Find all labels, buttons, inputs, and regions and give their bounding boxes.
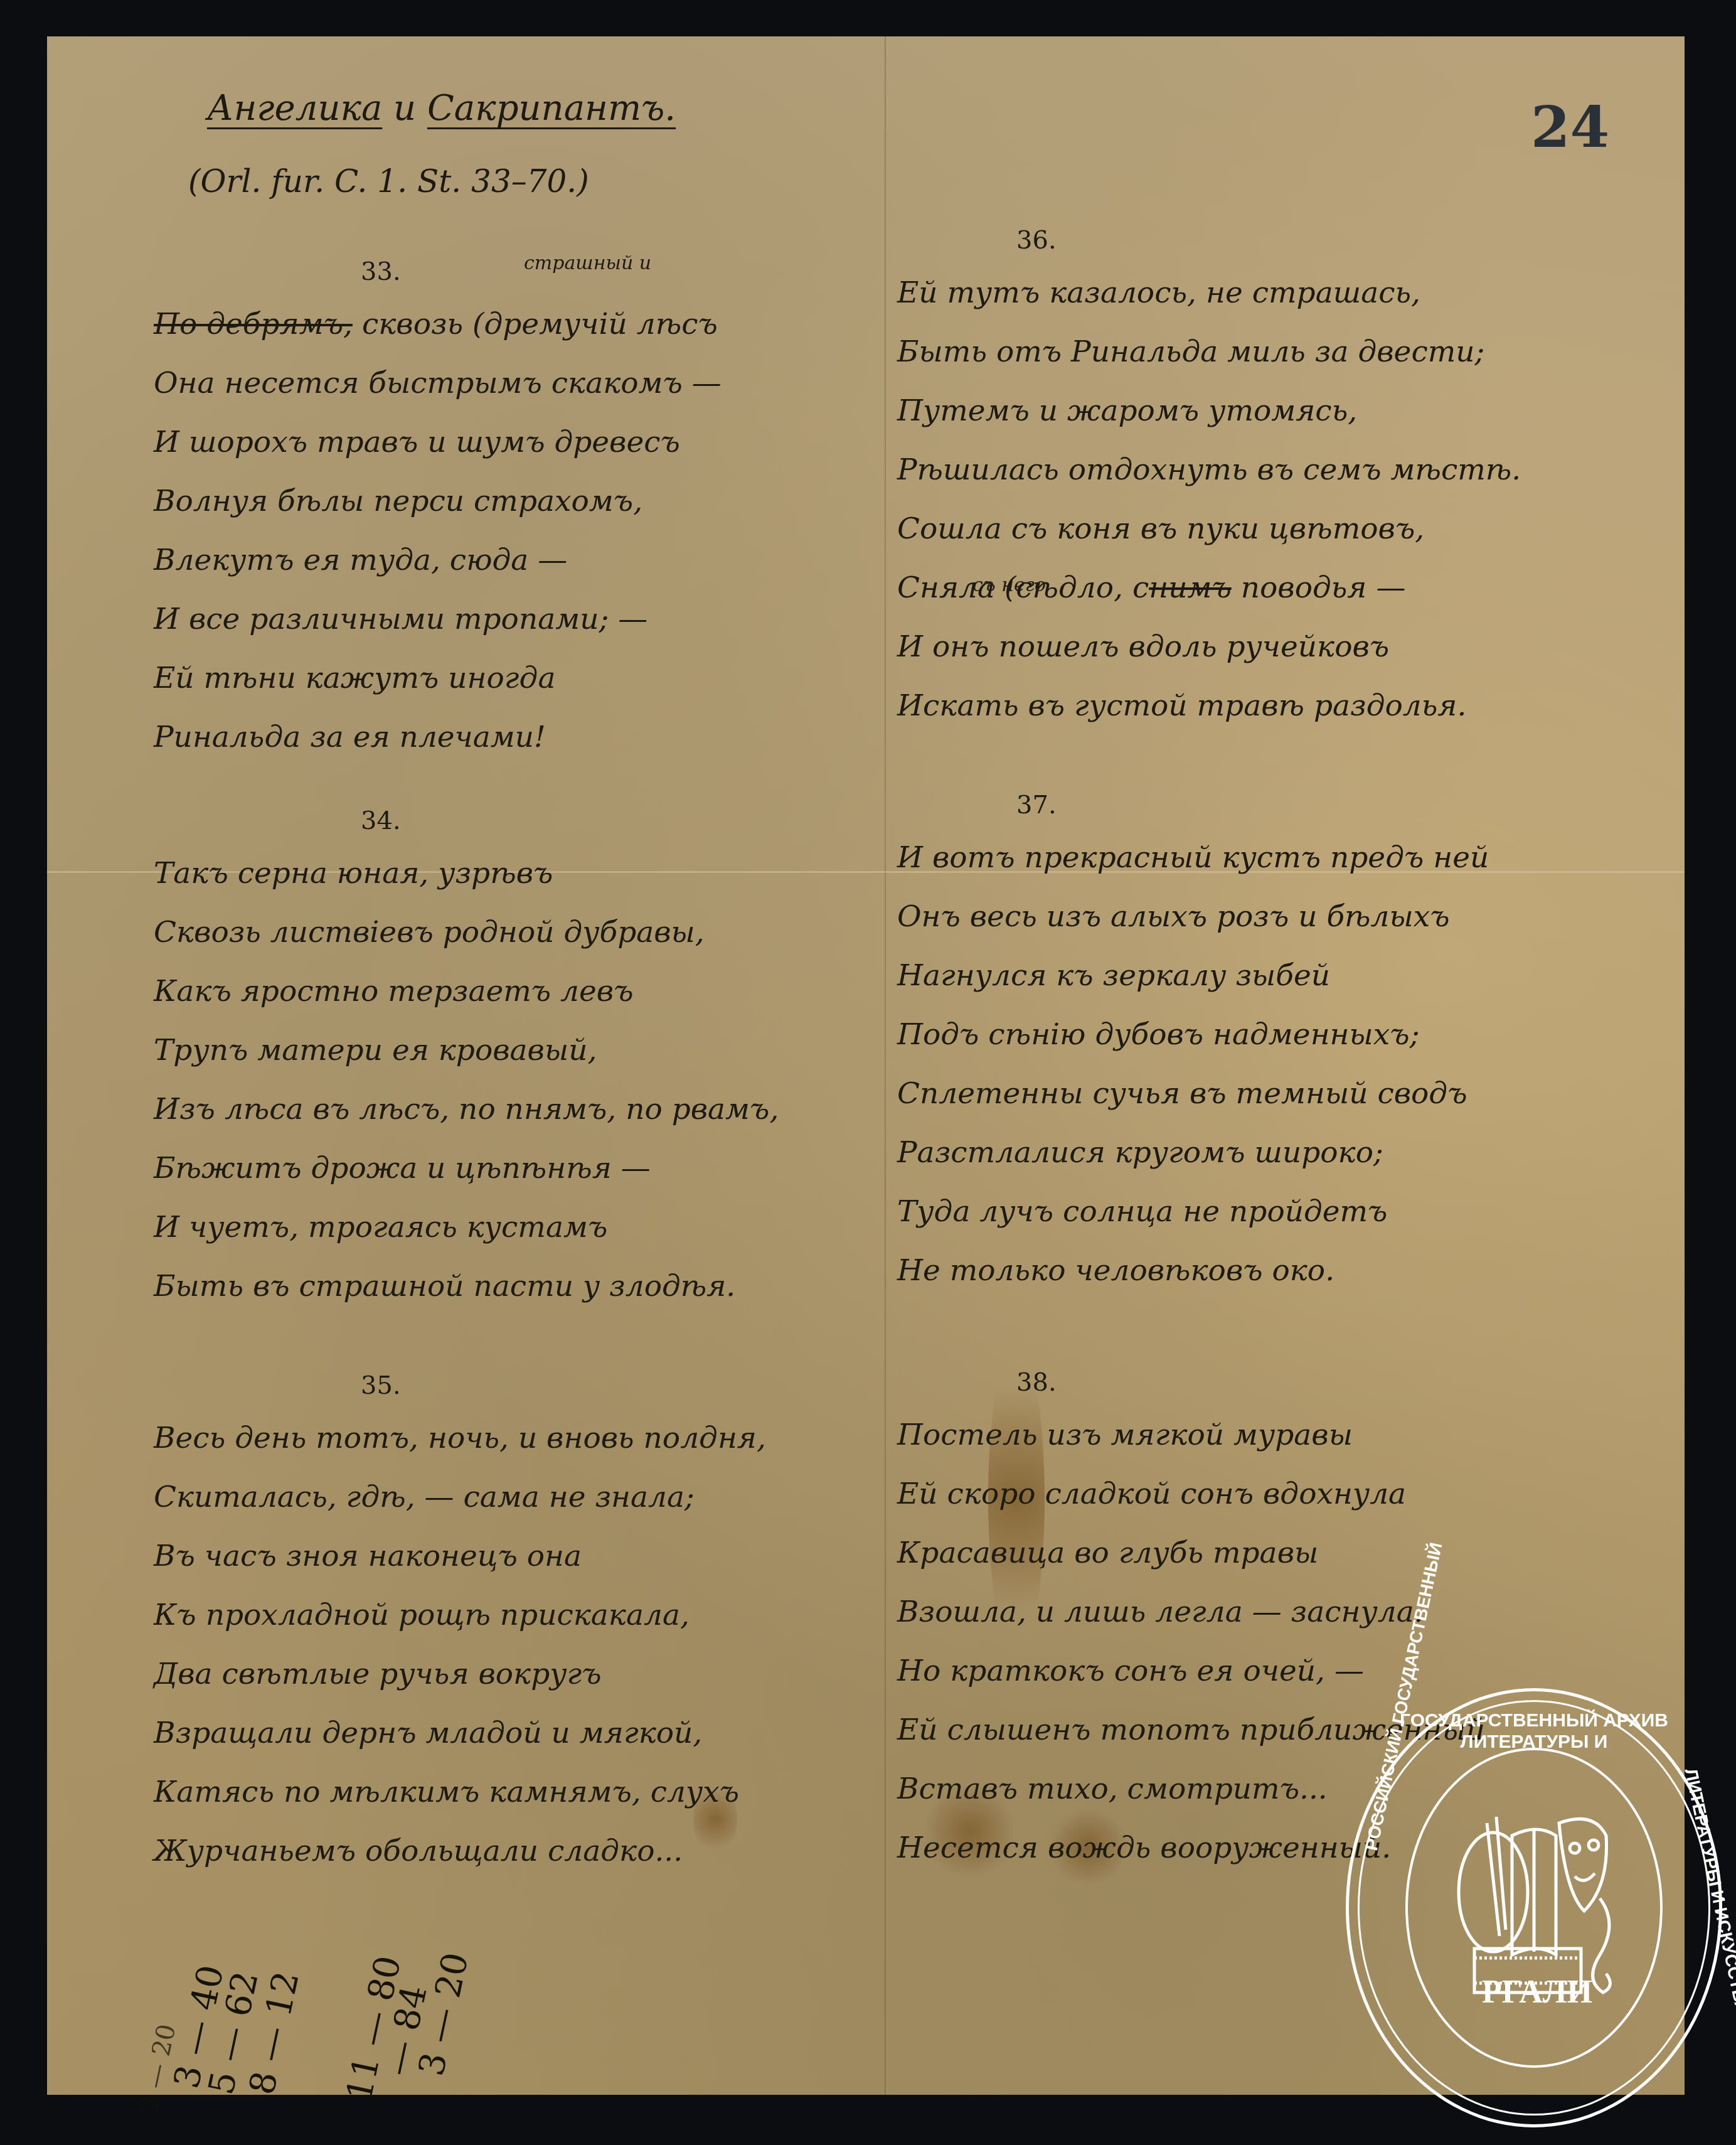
verse-line: Рѣшилась отдохнуть въ семъ мѣстѣ.: [897, 441, 1688, 500]
stanza-33: 33. страшный и По дебрямъ, сквозь (дрему…: [154, 257, 856, 784]
verse-line: По дебрямъ, сквозь (дремучій лѣсъ: [154, 295, 856, 354]
left-column: 33. страшный и По дебрямъ, сквозь (дрему…: [154, 257, 856, 1923]
verse-line: Ей тутъ казалось, не страшась,: [897, 264, 1688, 323]
verse-line: Волнуя бѣлы перси страхомъ,: [154, 472, 856, 531]
verse-text: поводья —: [1232, 570, 1406, 605]
verse-line: Нагнулся къ зеркалу зыбей: [897, 946, 1688, 1005]
verse-line: Ей тѣни кажутъ иногда: [154, 649, 856, 708]
verse-line: И шорохъ травъ и шумъ древесъ: [154, 413, 856, 472]
verse-line: Какъ яростно терзаетъ левъ: [154, 962, 856, 1021]
verse-text: сквозь (дремучій лѣсъ: [353, 307, 718, 341]
verse-line: Два свѣтлые ручья вокругъ: [154, 1645, 856, 1704]
verse-line: Искать въ густой травѣ раздолья.: [897, 677, 1688, 736]
verse-line: Трупъ матери ея кровавый,: [154, 1021, 856, 1080]
verse-line: Такъ серна юная, узрѣвъ: [154, 844, 856, 903]
verse-line: И все различными тропами; —: [154, 590, 856, 649]
verse-line: Красавица во глубь травы: [897, 1524, 1688, 1583]
stanza-number: 36.: [897, 226, 1688, 264]
verse-line: Въ часъ зноя наконецъ она: [154, 1527, 856, 1586]
verse-line: Влекутъ ея туда, сюда —: [154, 531, 856, 590]
verse-line: Взращали дернъ младой и мягкой,: [154, 1704, 856, 1763]
verse-line: Туда лучъ солнца не пройдетъ: [897, 1182, 1688, 1241]
verse-line: Не только человѣковъ око.: [897, 1241, 1688, 1300]
verse-line: Путемъ и жаромъ утомясь,: [897, 382, 1688, 441]
stamp-ring-text: ЛИТЕРАТУРЫ И ИСКУССТВА: [1681, 1767, 1736, 2015]
verse-line: Быть отъ Ринальда миль за двести;: [897, 323, 1688, 382]
verse-line: Она несется быстрымъ скакомъ —: [154, 354, 856, 413]
verse-line: Весь день тотъ, ночь, и вновь полдня,: [154, 1409, 856, 1468]
verse-line: Быть въ страшной пасти у злодѣя.: [154, 1257, 856, 1316]
verse-line: Къ прохладной рощѣ прискакала,: [154, 1586, 856, 1645]
verse-line: Постель изъ мягкой муравы: [897, 1406, 1688, 1465]
verse-line: Журчаньемъ обольщали сладко...: [154, 1822, 856, 1881]
verse-line: Разстлалися кругомъ широко;: [897, 1123, 1688, 1182]
verse-line: Бѣжитъ дрожа и цѣпѣнѣя —: [154, 1139, 856, 1198]
stanza-number: 33.: [154, 257, 856, 295]
verse-line: Изъ лѣса въ лѣсъ, по пнямъ, по рвамъ,: [154, 1080, 856, 1139]
struck-text: По дебрямъ,: [154, 307, 353, 341]
stamp-acronym: РГАЛИ: [1468, 1974, 1606, 2011]
title-and: и: [393, 88, 416, 129]
title-part-1: Ангелика: [207, 88, 382, 129]
title-part-2: Сакрипантъ.: [427, 88, 676, 129]
verse-line: Подъ сѣнію дубовъ надменныхъ;: [897, 1005, 1688, 1064]
stanza-35: 35. Весь день тотъ, ночь, и вновь полдня…: [154, 1371, 856, 1923]
struck-text: нимъ: [1149, 570, 1232, 605]
stanza-34: 34. Такъ серна юная, узрѣвъ Сквозь листв…: [154, 806, 856, 1359]
interlinear-correction: страшный и: [524, 252, 651, 274]
page-title: Ангелика и Сакрипантъ.: [207, 88, 676, 129]
source-reference: (Orl. fur. C. 1. St. 33–70.): [188, 163, 589, 200]
page-fold: [885, 36, 886, 2095]
verse-line: Ей скоро сладкой сонъ вдохнула: [897, 1465, 1688, 1524]
archive-stamp: ГОСУДАРСТВЕННЫЙ АРХИВ ЛИТЕРАТУРЫ И РОССИ…: [1346, 1688, 1722, 2127]
stanza-number: 38.: [897, 1368, 1688, 1406]
verse-line: И чуетъ, трогаясь кустамъ: [154, 1198, 856, 1257]
verse-line: И вотъ прекрасный кустъ предъ ней: [897, 828, 1688, 887]
interlinear-correction: съ него: [972, 574, 1046, 596]
verse-line: Взошла, и лишь легла — заснула.: [897, 1583, 1688, 1642]
verse-line: Сквозь листвіевъ родной дубравы,: [154, 903, 856, 962]
stanza-number: 34.: [154, 806, 856, 844]
verse-line: Ринальда за ея плечами!: [154, 708, 856, 767]
verse-line: Скиталась, гдѣ, — сама не знала;: [154, 1468, 856, 1527]
stanza-number: 37.: [897, 791, 1688, 828]
verse-line: Катясь по мѣлкимъ камнямъ, слухъ: [154, 1763, 856, 1822]
verse-line: И онъ пошелъ вдоль ручейковъ: [897, 618, 1688, 677]
verse-line: Сплетенны сучья въ темный сводъ: [897, 1064, 1688, 1123]
verse-line: Сошла съ коня въ пуки цвѣтовъ,: [897, 500, 1688, 559]
stanza-number: 35.: [154, 1371, 856, 1409]
stanza-36: 36. Ей тутъ казалось, не страшась, Быть …: [897, 226, 1688, 778]
verse-line: Онъ весь изъ алыхъ розъ и бѣлыхъ: [897, 887, 1688, 946]
right-column: 36. Ей тутъ казалось, не страшась, Быть …: [897, 226, 1688, 1920]
folio-number: 24: [1531, 94, 1609, 161]
stanza-37: 37. И вотъ прекрасный кустъ предъ ней Он…: [897, 791, 1688, 1343]
